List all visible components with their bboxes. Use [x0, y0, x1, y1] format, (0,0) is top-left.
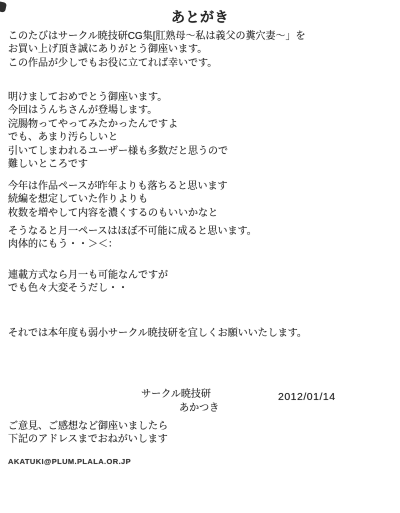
afterword-page: あとがき このたびはサークル暁技研CG集[肛熟母～私は義父の糞穴妻～」を お買い…: [0, 0, 400, 513]
text-line: でも、あまり汚らしいと: [8, 131, 228, 144]
paragraph-thanks: このたびはサークル暁技研CG集[肛熟母～私は義父の糞穴妻～」を お買い上げ頂き誠…: [8, 30, 305, 70]
text-line: この作品が少しでもお役に立てれば幸いです。: [8, 57, 305, 70]
text-line: 続編を想定していた作りよりも: [8, 193, 228, 206]
paragraph-feedback: ご意見、ご感想など御座いましたら 下記のアドレスまでおねがいします: [8, 420, 168, 447]
text-line: そうなると月一ペースはほぼ不可能に成ると思います。: [8, 225, 257, 238]
paragraph-monthly-pace: そうなると月一ペースはほぼ不可能に成ると思います。 肉体的にもう・・＞＜：: [8, 225, 257, 252]
page-title: あとがき: [0, 7, 400, 27]
text-line: ご意見、ご感想など御座いましたら: [8, 420, 168, 433]
text-line: 肉体的にもう・・＞＜：: [8, 238, 257, 251]
paragraph-serialization: 連載方式なら月一も可能なんですが でも色々大変そうだし・・: [8, 269, 168, 296]
email-address: AKATUKI@PLUM.PLALA.OR.JP: [8, 457, 131, 466]
text-line: 引いてしまわれるユーザー様も多数だと思うので: [8, 145, 228, 158]
paragraph-work-pace: 今年は作品ペースが昨年よりも落ちると思います 続編を想定していた作りよりも 枚数…: [8, 180, 228, 220]
text-line: お買い上げ頂き誠にありがとう御座います。: [8, 43, 305, 56]
text-line: 枚数を増やして内容を濃くするのもいいかなと: [8, 207, 228, 220]
text-line: 今年は作品ペースが昨年よりも落ちると思います: [8, 180, 228, 193]
text-line: 今回はうんちさんが登場します。: [8, 104, 228, 117]
text-line: 連載方式なら月一も可能なんですが: [8, 269, 168, 282]
text-line: でも色々大変そうだし・・: [8, 282, 168, 295]
text-line: 下記のアドレスまでおねがいします: [8, 433, 168, 446]
text-line: 明けましておめでとう御座います。: [8, 91, 228, 104]
author-name: あかつき: [179, 403, 219, 414]
text-line: このたびはサークル暁技研CG集[肛熟母～私は義父の糞穴妻～」を: [8, 30, 305, 43]
circle-name: サークル暁技研: [141, 389, 211, 400]
text-line: 難しいところです: [8, 158, 228, 171]
text-line: それでは本年度も弱小サークル暁技研を宜しくお願いいたします。: [8, 327, 307, 340]
signature-date: 2012/01/14: [278, 391, 336, 403]
paragraph-closing-request: それでは本年度も弱小サークル暁技研を宜しくお願いいたします。: [8, 327, 307, 340]
text-line: 浣腸物ってやってみたかったんですよ: [8, 118, 228, 131]
paragraph-new-year: 明けましておめでとう御座います。 今回はうんちさんが登場します。 浣腸物ってやっ…: [8, 91, 228, 171]
